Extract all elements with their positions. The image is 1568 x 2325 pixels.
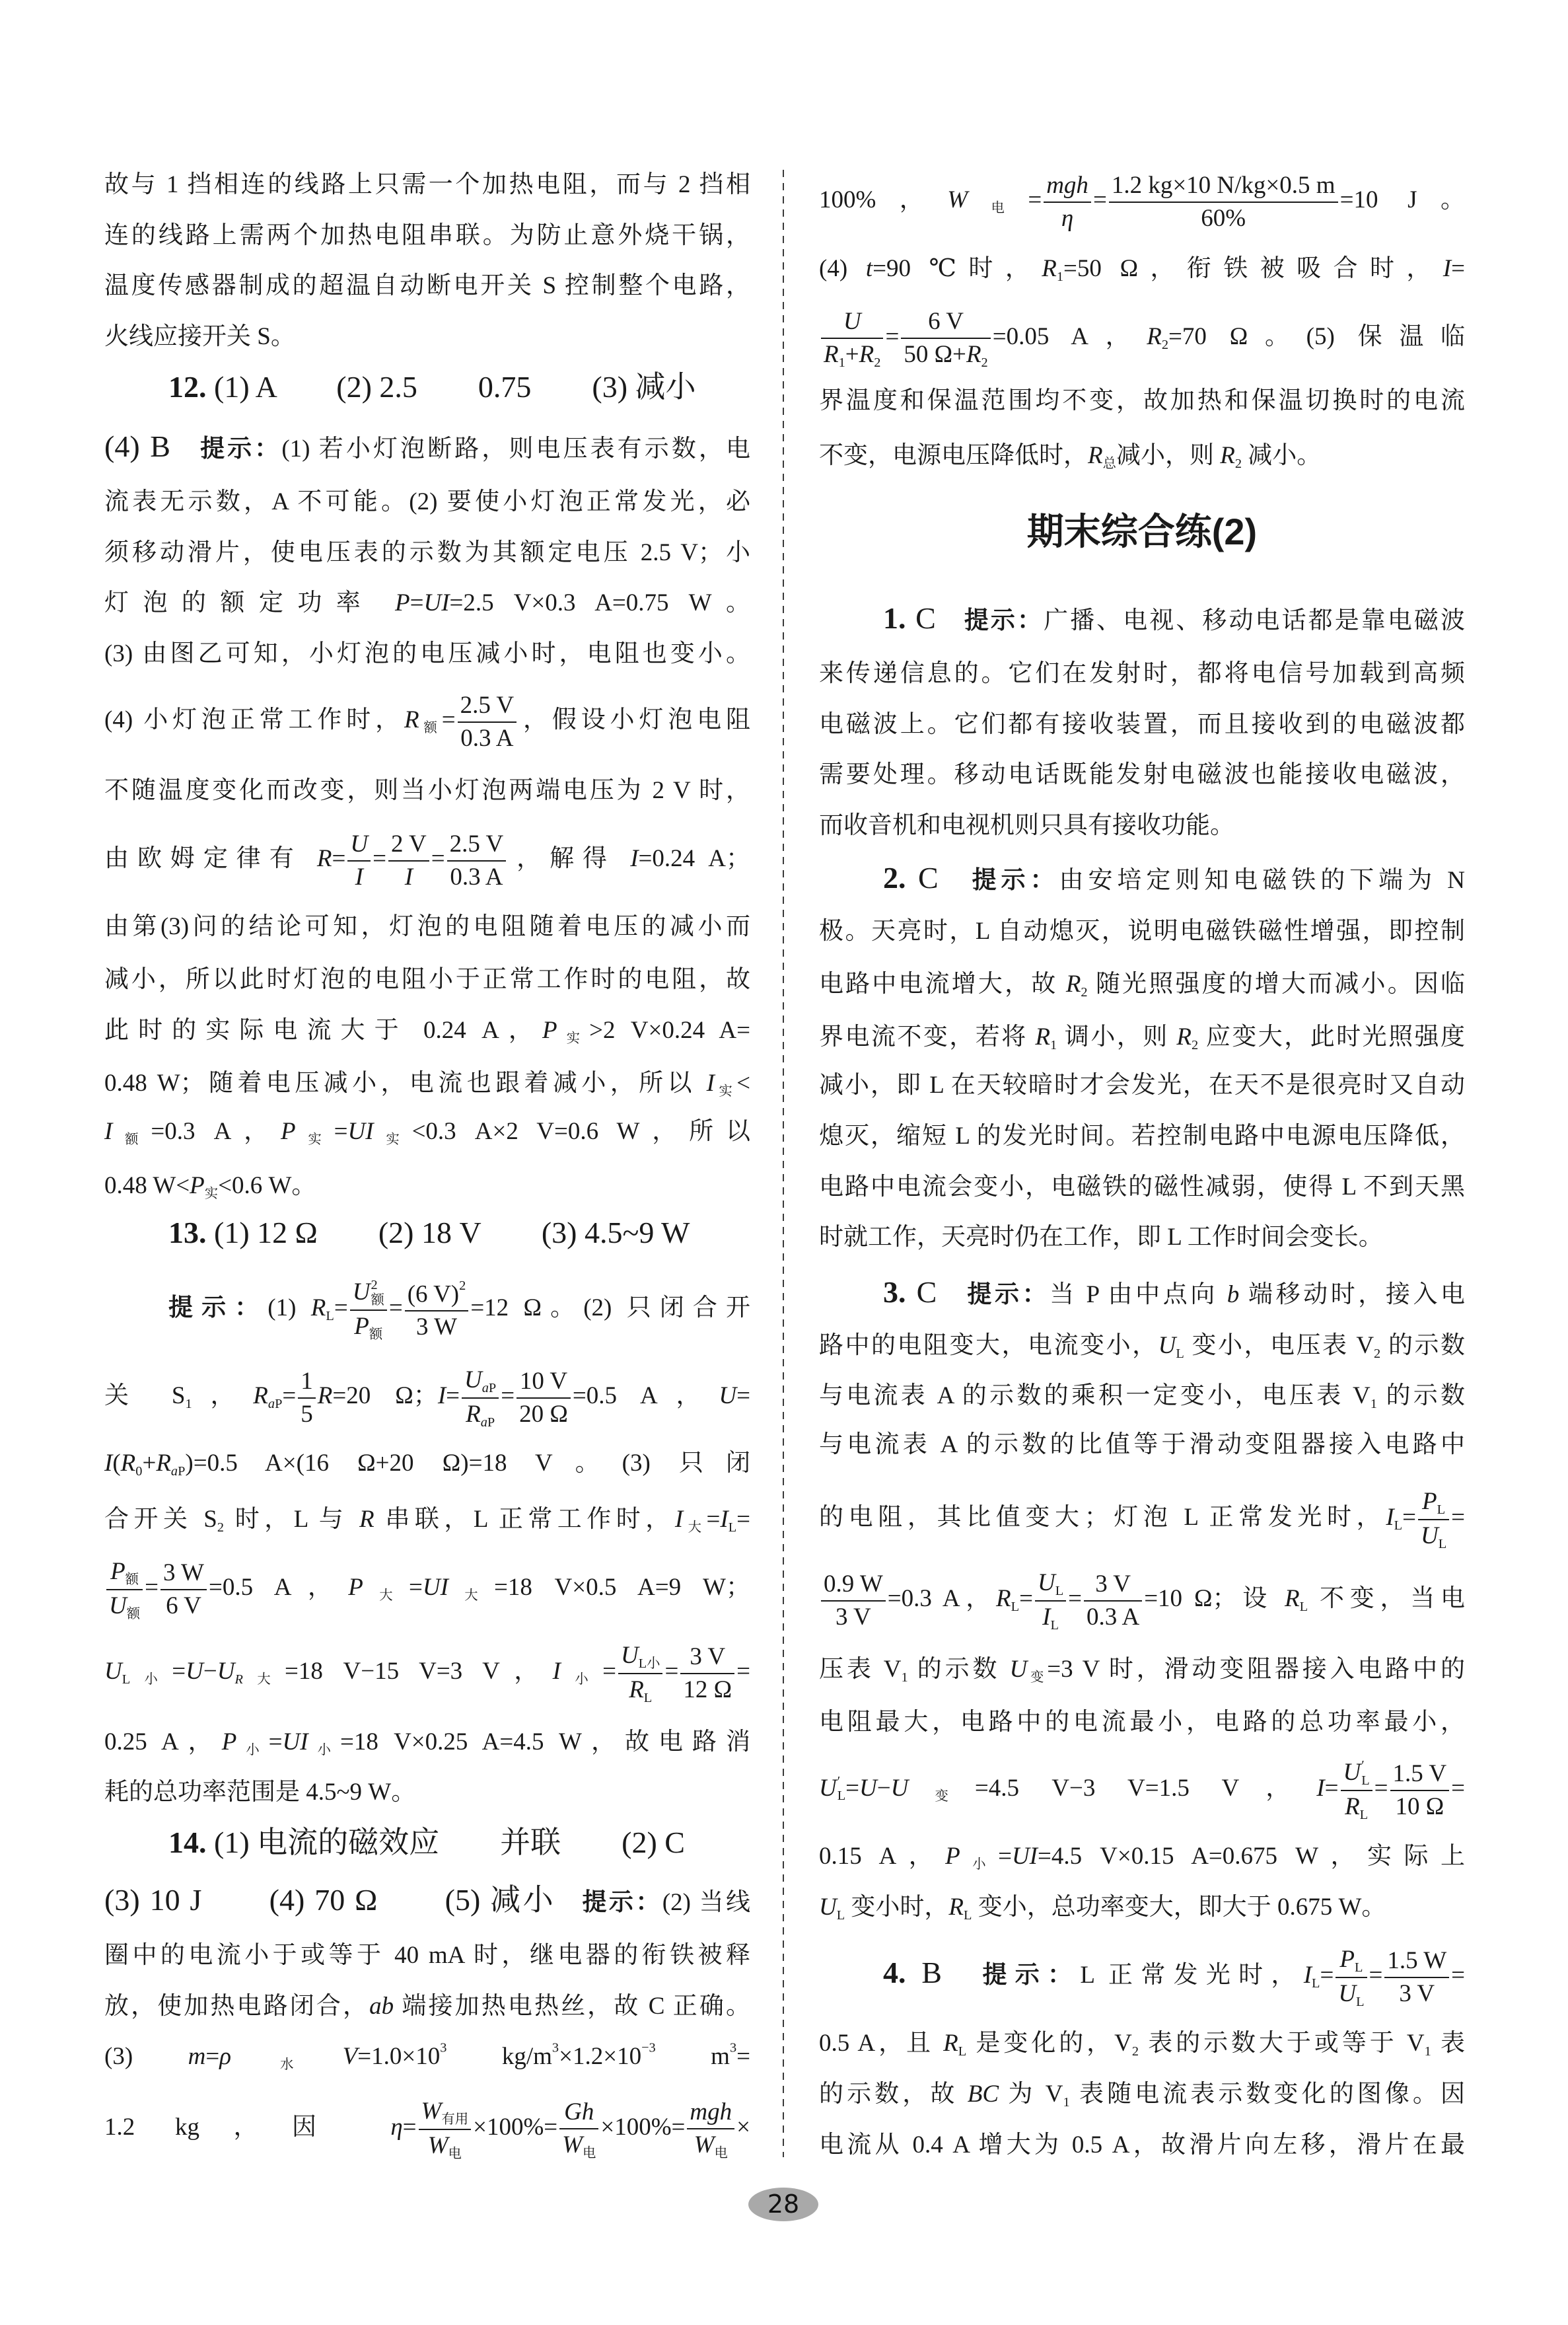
- text-run: 与电流表 A 的示数的比值等于滑动变阻器接入电路中: [819, 1431, 1465, 1458]
- hint-label: 提示：: [200, 435, 281, 462]
- text-run: 时就工作，天亮时仍在工作，即 L 工作时间会变长。: [819, 1224, 1383, 1251]
- answer-text: (1) A (2) 2.5 0.75 (3) 减小: [207, 370, 696, 404]
- text-run: [942, 1962, 983, 1989]
- text-run: 2.5 V: [450, 830, 504, 858]
- text-run: 广播、电视、移动电话都是靠电磁波: [1044, 607, 1465, 634]
- math-variable: I: [720, 1506, 728, 1533]
- text-run: =: [1320, 1962, 1334, 1989]
- text-run: 关 S: [104, 1382, 185, 1409]
- fraction-numerator: 3 W: [160, 1559, 207, 1590]
- fraction-numerator: U′L: [1341, 1758, 1372, 1791]
- text-run: ，假设小灯泡电阻: [518, 706, 750, 733]
- subscript: L: [1361, 1773, 1369, 1788]
- answer-text: C: [906, 601, 936, 635]
- math-variable: R: [1042, 255, 1057, 282]
- fraction: U′LRL: [1341, 1758, 1372, 1822]
- fraction-numerator: (6 V)2: [405, 1279, 469, 1311]
- superscript: −3: [641, 2041, 656, 2055]
- text-run: =: [1374, 1775, 1388, 1802]
- math-variable: I: [438, 1382, 446, 1409]
- math-variable: ρ: [219, 2043, 231, 2070]
- math-variable: R: [948, 1894, 964, 1921]
- text-run: =18 V×0.5 A=9 W；: [494, 1574, 750, 1601]
- math-variable: P: [1339, 1946, 1355, 1973]
- fraction-numerator: mgh: [1044, 172, 1091, 202]
- text-run: 串联，L 正常工作时，: [374, 1506, 675, 1533]
- text-run: 电阻最大，电路中的电流最小，电路的总功率最小，: [819, 1709, 1465, 1736]
- math-variable: I: [553, 1658, 561, 1685]
- text-run: −: [203, 1658, 217, 1685]
- math-variable: UI: [347, 1118, 373, 1145]
- subscript: L: [1300, 1600, 1308, 1614]
- fraction: ULIL: [1035, 1569, 1066, 1632]
- text-run: =: [1451, 1504, 1465, 1531]
- math-variable: mgh: [1046, 172, 1088, 199]
- fraction: 2 VI: [388, 830, 429, 891]
- fraction: UL小RL: [618, 1642, 663, 1705]
- fraction: W有用W电: [419, 2098, 472, 2160]
- subscript: 额: [371, 1293, 384, 1308]
- superscript-subscript-pair: ′L: [1361, 1758, 1369, 1788]
- text-run: =0.3 A，: [888, 1585, 996, 1612]
- text-run: 变小，总功率变大，即大于 0.675 W。: [972, 1894, 1386, 1921]
- text-run: 的电阻，其比值变大；灯泡 L 正常发光时，: [819, 1504, 1386, 1531]
- fraction: 1.5 V10 Ω: [1390, 1760, 1450, 1820]
- math-variable: U: [464, 1366, 482, 1393]
- math-variable: mgh: [690, 2098, 732, 2125]
- fraction-denominator: W电: [559, 2129, 598, 2160]
- text-run: 1.5 V: [1393, 1760, 1447, 1787]
- math-variable: UI: [423, 1574, 448, 1601]
- text-run: 电路中电流增大，故: [819, 971, 1066, 998]
- math-variable: U: [719, 1382, 736, 1409]
- fraction: 3 V0.3 A: [1084, 1570, 1142, 1631]
- math-variable: R: [1088, 442, 1103, 469]
- text-run: =0.5 A，: [209, 1574, 348, 1601]
- question-number: 12.: [168, 370, 207, 404]
- math-variable: R: [121, 1450, 136, 1477]
- text-run: 随光照强度的增大而减小。因临: [1088, 971, 1465, 998]
- text-run: 3 W: [416, 1313, 457, 1341]
- fraction-numerator: 1.2 kg×10 N/kg×0.5 m: [1109, 172, 1338, 202]
- text-run: 1.2 kg×10 N/kg×0.5 m: [1112, 172, 1336, 199]
- text-run: =: [736, 1658, 750, 1685]
- text-line: 的电阻，其比值变大；灯泡 L 正常发光时，IL=PLUL=: [819, 1475, 1465, 1561]
- math-variable: I: [104, 1450, 112, 1477]
- math-variable: R: [996, 1585, 1011, 1612]
- superscript: 2: [371, 1278, 384, 1292]
- text-run: =50 Ω，衔铁被吸合时，: [1063, 255, 1443, 282]
- answer-text: (4) B: [104, 429, 170, 463]
- page-number: 28: [767, 2190, 799, 2219]
- text-line: 不变，电源电压降低时，R总减小，则 R2 减小。: [819, 413, 1465, 499]
- subscript: 电: [448, 2147, 462, 2161]
- text-run: 1.5 W: [1387, 1947, 1446, 1974]
- math-variable: U: [819, 1894, 837, 1921]
- text-run: (2) 当线: [662, 1889, 750, 1916]
- text-run: 时，L 与: [224, 1506, 359, 1533]
- math-variable: R: [317, 845, 332, 872]
- text-run: =: [1028, 186, 1042, 213]
- text-run: =: [845, 1775, 859, 1802]
- subscript: 2: [1235, 457, 1242, 471]
- hint-label: 提示：: [168, 1294, 267, 1321]
- text-run: =70 Ω。(5) 保温临: [1168, 323, 1465, 350]
- text-line: P额U额=3 W6 V=0.5 A，P大=UI大=18 V×0.5 A=9 W；: [104, 1545, 750, 1631]
- text-run: 由欧姆定律有: [104, 845, 317, 872]
- subscript-variable: a: [482, 1381, 489, 1395]
- text-run: ×: [736, 2114, 750, 2141]
- text-run: =1.0×10: [357, 2043, 440, 2070]
- math-variable: P: [281, 1118, 296, 1145]
- text-run: =: [706, 1506, 720, 1533]
- text-run: =: [736, 1506, 750, 1533]
- question-number: 4.: [883, 1956, 906, 1989]
- text-run: =: [885, 323, 899, 350]
- math-variable: R: [253, 1382, 268, 1409]
- math-variable: U: [1421, 1522, 1439, 1549]
- text-run: ，: [192, 1382, 254, 1409]
- fraction-denominator: UL: [1418, 1520, 1449, 1551]
- fraction: P额U额: [106, 1558, 143, 1621]
- math-variable: I: [1316, 1775, 1324, 1802]
- text-run: 3 V: [1095, 1570, 1131, 1598]
- text-run: =0.3 A，: [151, 1118, 281, 1145]
- subscript: L: [1355, 1960, 1363, 1975]
- math-variable: R: [1066, 971, 1081, 998]
- fraction-numerator: U: [821, 308, 883, 338]
- math-variable: m: [188, 2043, 206, 2070]
- text-run: 减小，则: [1116, 442, 1220, 469]
- text-run: =: [736, 2043, 750, 2070]
- text-run: =: [205, 2043, 219, 2070]
- math-variable: R: [404, 706, 419, 733]
- superscript-subscript-pair: ′L: [837, 1774, 845, 1804]
- text-run: =: [332, 845, 345, 872]
- fraction-numerator: UL小: [618, 1642, 663, 1674]
- text-run: ×100%=: [600, 2114, 685, 2141]
- superscript: 3: [552, 2041, 559, 2055]
- subscript: 额: [125, 1572, 139, 1587]
- subscript: 电: [583, 2146, 596, 2160]
- text-run: =: [1402, 1504, 1416, 1531]
- text-run: =3 V 时，滑动变阻器接入电路中的: [1047, 1656, 1465, 1683]
- math-variable: P: [354, 1313, 369, 1340]
- text-run: =: [172, 1658, 186, 1685]
- math-variable: R: [1285, 1585, 1300, 1612]
- text-run: =: [373, 845, 386, 872]
- text-run: =: [409, 1574, 423, 1601]
- subscript: 有用: [441, 2112, 468, 2127]
- fraction-numerator: 1: [298, 1368, 316, 1398]
- text-run: (4) 小灯泡正常工作时，: [104, 706, 404, 733]
- text-run: 1.2 kg，因: [104, 2114, 390, 2141]
- text-run: (: [112, 1450, 120, 1477]
- math-variable: R: [1220, 442, 1235, 469]
- text-run: =: [431, 845, 445, 872]
- subscript: L: [1437, 1502, 1445, 1517]
- section-title: 期末综合练(2): [1027, 511, 1257, 552]
- text-run: 1: [301, 1368, 313, 1395]
- text-run: 6 V: [166, 1592, 201, 1619]
- text-run: =: [389, 1294, 403, 1321]
- text-run: 的示数: [908, 1656, 1010, 1683]
- math-variable: R: [318, 1382, 333, 1409]
- math-variable: P: [1422, 1488, 1437, 1515]
- text-run: <0.3 A×2 V=0.6 W，所以: [412, 1118, 750, 1145]
- subscript: L: [837, 1908, 845, 1923]
- text-run: (6 V): [408, 1280, 459, 1308]
- fraction-numerator: Gh: [559, 2098, 598, 2129]
- math-variable: U: [859, 1775, 877, 1802]
- fraction-numerator: P额: [106, 1558, 143, 1590]
- text-run: =12 Ω。(2) 只闭合开: [470, 1294, 750, 1321]
- subscript: 电: [968, 201, 1028, 215]
- math-variable: W: [694, 2131, 715, 2159]
- fraction: UI: [347, 830, 371, 891]
- text-run: 极。天亮时，L 自动熄灭，说明电磁铁磁性增强，即控制: [819, 918, 1465, 945]
- text-run: 电流从 0.4 A 增大为 0.5 A，故滑片向左移，滑片在最: [819, 2131, 1465, 2159]
- answer-text: (1) 电流的磁效应 并联 (2) C: [207, 1826, 685, 1859]
- text-run: [555, 1889, 582, 1916]
- fraction-numerator: 0.9 W: [821, 1570, 886, 1601]
- section-heading: 期末综合练(2): [819, 494, 1465, 580]
- math-variable: I: [675, 1506, 683, 1533]
- fraction: PLUL: [1336, 1946, 1367, 2009]
- subscript: L: [729, 1520, 736, 1535]
- text-run: =: [334, 1118, 348, 1145]
- math-variable: I: [104, 1118, 112, 1145]
- fraction: (6 V)23 W: [405, 1279, 469, 1341]
- subscript: 变: [908, 1789, 974, 1804]
- subscript: L小: [639, 1656, 660, 1671]
- fraction-numerator: U: [347, 830, 371, 861]
- text-run: =: [1019, 1585, 1033, 1612]
- subscript: P: [275, 1397, 282, 1411]
- text-run: =0.24 A；: [639, 845, 751, 872]
- fraction-numerator: PL: [1336, 1946, 1367, 1977]
- fraction-numerator: mgh: [687, 2098, 734, 2129]
- subscript-variable: R: [235, 1672, 243, 1687]
- text-run: =: [1093, 186, 1107, 213]
- subscript: L: [326, 1309, 334, 1323]
- text-run: −: [877, 1775, 891, 1802]
- text-run: =: [145, 1574, 159, 1601]
- math-variable: W: [947, 186, 968, 213]
- fraction: 15: [298, 1368, 316, 1428]
- hint-label: 提示：: [582, 1888, 662, 1915]
- subscript: 电: [714, 2146, 727, 2160]
- textbook-page: 故与 1 挡相连的线路上只需一个加热电阻，而与 2 挡相连的线路上需两个加热电阻…: [0, 0, 1568, 2325]
- text-run: 3 W: [163, 1559, 204, 1586]
- text-run: )=0.5 A×(16 Ω+20 Ω)=18 V。(3) 只闭: [185, 1450, 750, 1477]
- text-run: =: [1369, 1962, 1383, 1989]
- text-run: (1): [267, 1294, 311, 1321]
- math-variable: R: [311, 1294, 326, 1321]
- text-run: (3) 由图乙可知，小灯泡的电压减小时，电阻也变小。: [104, 640, 750, 667]
- answer-text: B: [906, 1956, 942, 1989]
- text-run: =: [602, 1658, 616, 1685]
- fraction: 2.5 V0.3 A: [447, 830, 507, 891]
- fraction: 3 V12 Ω: [680, 1643, 734, 1703]
- text-run: =20 Ω；: [332, 1382, 437, 1409]
- text-run: 6 V: [928, 308, 964, 335]
- superscript-subscript-pair: 2额: [371, 1278, 384, 1308]
- text-run: =90 ℃时，: [873, 255, 1042, 282]
- math-variable: U: [350, 830, 368, 858]
- math-variable: U: [621, 1642, 639, 1669]
- text-run: L 正常发光时，: [1080, 1962, 1303, 1989]
- subscript: 2: [217, 1520, 224, 1535]
- text-run: =: [282, 1382, 296, 1409]
- text-run: 此时的实际电流大于 0.24 A，: [104, 1017, 542, 1044]
- fraction-denominator: 6 V: [160, 1590, 207, 1619]
- fraction-numerator: W有用: [419, 2098, 472, 2129]
- text-run: 火线应接开关 S。: [104, 323, 295, 350]
- subscript: 1: [185, 1397, 192, 1411]
- text-run: =: [736, 1382, 750, 1409]
- text-run: =4.5 V−3 V=1.5 V，: [975, 1775, 1316, 1802]
- math-variable: P: [542, 1017, 557, 1044]
- column-divider: [783, 170, 784, 2157]
- math-variable: I: [630, 845, 638, 872]
- text-run: 耗的总功率范围是 4.5~9 W。: [104, 1779, 415, 1806]
- math-variable: I: [1386, 1504, 1394, 1531]
- math-variable: P: [348, 1574, 363, 1601]
- paragraph-first-line: 提示：(1) RL=U2额P额=(6 V)23 W=12 Ω。(2) 只闭合开: [104, 1265, 750, 1351]
- fraction: GhW电: [559, 2098, 598, 2160]
- subscript-variable: a: [268, 1397, 275, 1411]
- superscript: ′: [837, 1774, 845, 1789]
- text-run: 压表 V: [819, 1656, 902, 1683]
- fraction: PLUL: [1418, 1488, 1449, 1551]
- math-variable: P: [110, 1558, 125, 1585]
- text-run: m: [656, 2043, 730, 2070]
- hint-label: 提示：: [983, 1961, 1081, 1988]
- fraction-numerator: UL: [1035, 1569, 1066, 1601]
- text-run: 合开关 S: [104, 1506, 217, 1533]
- fraction-numerator: U2额: [350, 1278, 387, 1311]
- text-run: kg/m: [446, 2043, 552, 2070]
- answer-text: (3) 10 J (4) 70 Ω (5) 减小: [104, 1883, 555, 1917]
- fraction-numerator: 3 V: [680, 1643, 734, 1674]
- subscript: 小: [561, 1672, 602, 1687]
- answer-text: (1) 12 Ω (2) 18 V (3) 4.5~9 W: [207, 1216, 690, 1249]
- math-variable: η: [390, 2114, 402, 2141]
- superscript: 2: [459, 1278, 466, 1293]
- superscript: ′: [1361, 1758, 1369, 1773]
- math-variable: U: [819, 1775, 837, 1802]
- question-number: 14.: [168, 1826, 207, 1859]
- text-run: =: [334, 1294, 348, 1321]
- text-run: 2.5 V: [460, 692, 515, 719]
- text-run: 2 V: [391, 830, 427, 858]
- subscript: 额: [419, 721, 442, 735]
- math-variable: U: [843, 308, 861, 335]
- text-run: =10 Ω；设: [1144, 1585, 1285, 1612]
- text-run: 而收音机和电视机则只具有接收功能。: [819, 812, 1234, 839]
- fraction: UaPRaP: [462, 1366, 499, 1429]
- text-run: =: [501, 1382, 515, 1409]
- text-run: 0.9 W: [824, 1570, 883, 1598]
- math-variable: U: [1038, 1569, 1055, 1596]
- math-variable: U: [109, 1592, 127, 1619]
- text-line: 电流从 0.4 A 增大为 0.5 A，故滑片向左移，滑片在最: [819, 2102, 1465, 2188]
- text-run: 3 V: [690, 1643, 725, 1670]
- subscript: L: [1055, 1584, 1063, 1598]
- question-number: 13.: [168, 1216, 207, 1249]
- subscript: L: [1011, 1600, 1019, 1614]
- math-variable: U: [891, 1775, 909, 1802]
- text-run: =18 V−15 V=3 V，: [285, 1658, 553, 1685]
- subscript: 大: [243, 1672, 285, 1687]
- subscript: 大: [448, 1588, 494, 1603]
- left-column: 故与 1 挡相连的线路上只需一个加热电阻，而与 2 挡相连的线路上需两个加热电阻…: [104, 0, 750, 2325]
- superscript: 3: [730, 2041, 736, 2055]
- text-run: =: [1451, 1962, 1465, 1989]
- text-run: =10 J。: [1340, 186, 1465, 213]
- text-run: =0.5 A，: [573, 1382, 719, 1409]
- fraction-numerator: 2.5 V: [447, 830, 507, 861]
- fraction-numerator: 10 V: [517, 1368, 571, 1398]
- fraction-denominator: W电: [687, 2129, 734, 2160]
- math-variable: Gh: [564, 2098, 594, 2125]
- math-variable: I: [1304, 1962, 1312, 1989]
- math-variable: R: [1147, 323, 1162, 350]
- subscript: 大: [683, 1520, 706, 1535]
- fraction-numerator: PL: [1418, 1488, 1449, 1520]
- fraction: U2额P额: [350, 1278, 387, 1341]
- subscript: L: [1439, 1537, 1446, 1551]
- math-variable: t: [866, 255, 873, 282]
- math-variable: U: [217, 1658, 235, 1685]
- subscript: 2: [1162, 338, 1168, 352]
- fraction: 10 V20 Ω: [517, 1368, 571, 1428]
- superscript: 3: [440, 2041, 446, 2055]
- subscript: L: [1312, 1976, 1320, 1991]
- fraction-numerator: UaP: [462, 1366, 499, 1398]
- subscript: 额: [127, 1607, 140, 1621]
- math-variable: V: [343, 2043, 358, 2070]
- fraction: mghW电: [687, 2098, 734, 2160]
- fraction-denominator: P额: [350, 1311, 387, 1341]
- fraction-numerator: 2.5 V: [458, 692, 517, 722]
- text-run: >2 V×0.24 A=: [589, 1017, 750, 1044]
- fraction: mghη: [1044, 172, 1091, 232]
- fraction: 2.5 V0.3 A: [458, 692, 517, 752]
- text-run: +: [142, 1450, 156, 1477]
- fraction: 0.9 W3 V: [821, 1570, 886, 1631]
- subscript: L: [964, 1908, 972, 1923]
- math-variable: U: [1343, 1759, 1361, 1786]
- subscript: L: [837, 1789, 845, 1803]
- text-run: 减小。: [1242, 442, 1321, 469]
- fraction-denominator: 3 W: [405, 1311, 469, 1341]
- fraction-denominator: U额: [106, 1590, 143, 1621]
- text-run: [170, 435, 200, 462]
- text-run: 100%，: [819, 186, 947, 213]
- text-run: =: [1451, 255, 1465, 282]
- text-run: 界温度和保温范围均不变，故加热和保温切换时的电流: [819, 387, 1465, 414]
- text-run: (1) 若小灯泡断路，则电压表有示数，电: [281, 435, 750, 462]
- text-run: =: [1325, 1775, 1339, 1802]
- fraction-numerator: 6 V: [901, 308, 990, 338]
- fraction-numerator: 1.5 W: [1384, 1947, 1449, 1977]
- right-column: 100%，W电=mghη=1.2 kg×10 N/kg×0.5 m60%=10 …: [819, 0, 1465, 2325]
- text-run: 不变，当电: [1308, 1585, 1465, 1612]
- text-run: (4): [819, 255, 866, 282]
- fraction: 3 W6 V: [160, 1559, 207, 1619]
